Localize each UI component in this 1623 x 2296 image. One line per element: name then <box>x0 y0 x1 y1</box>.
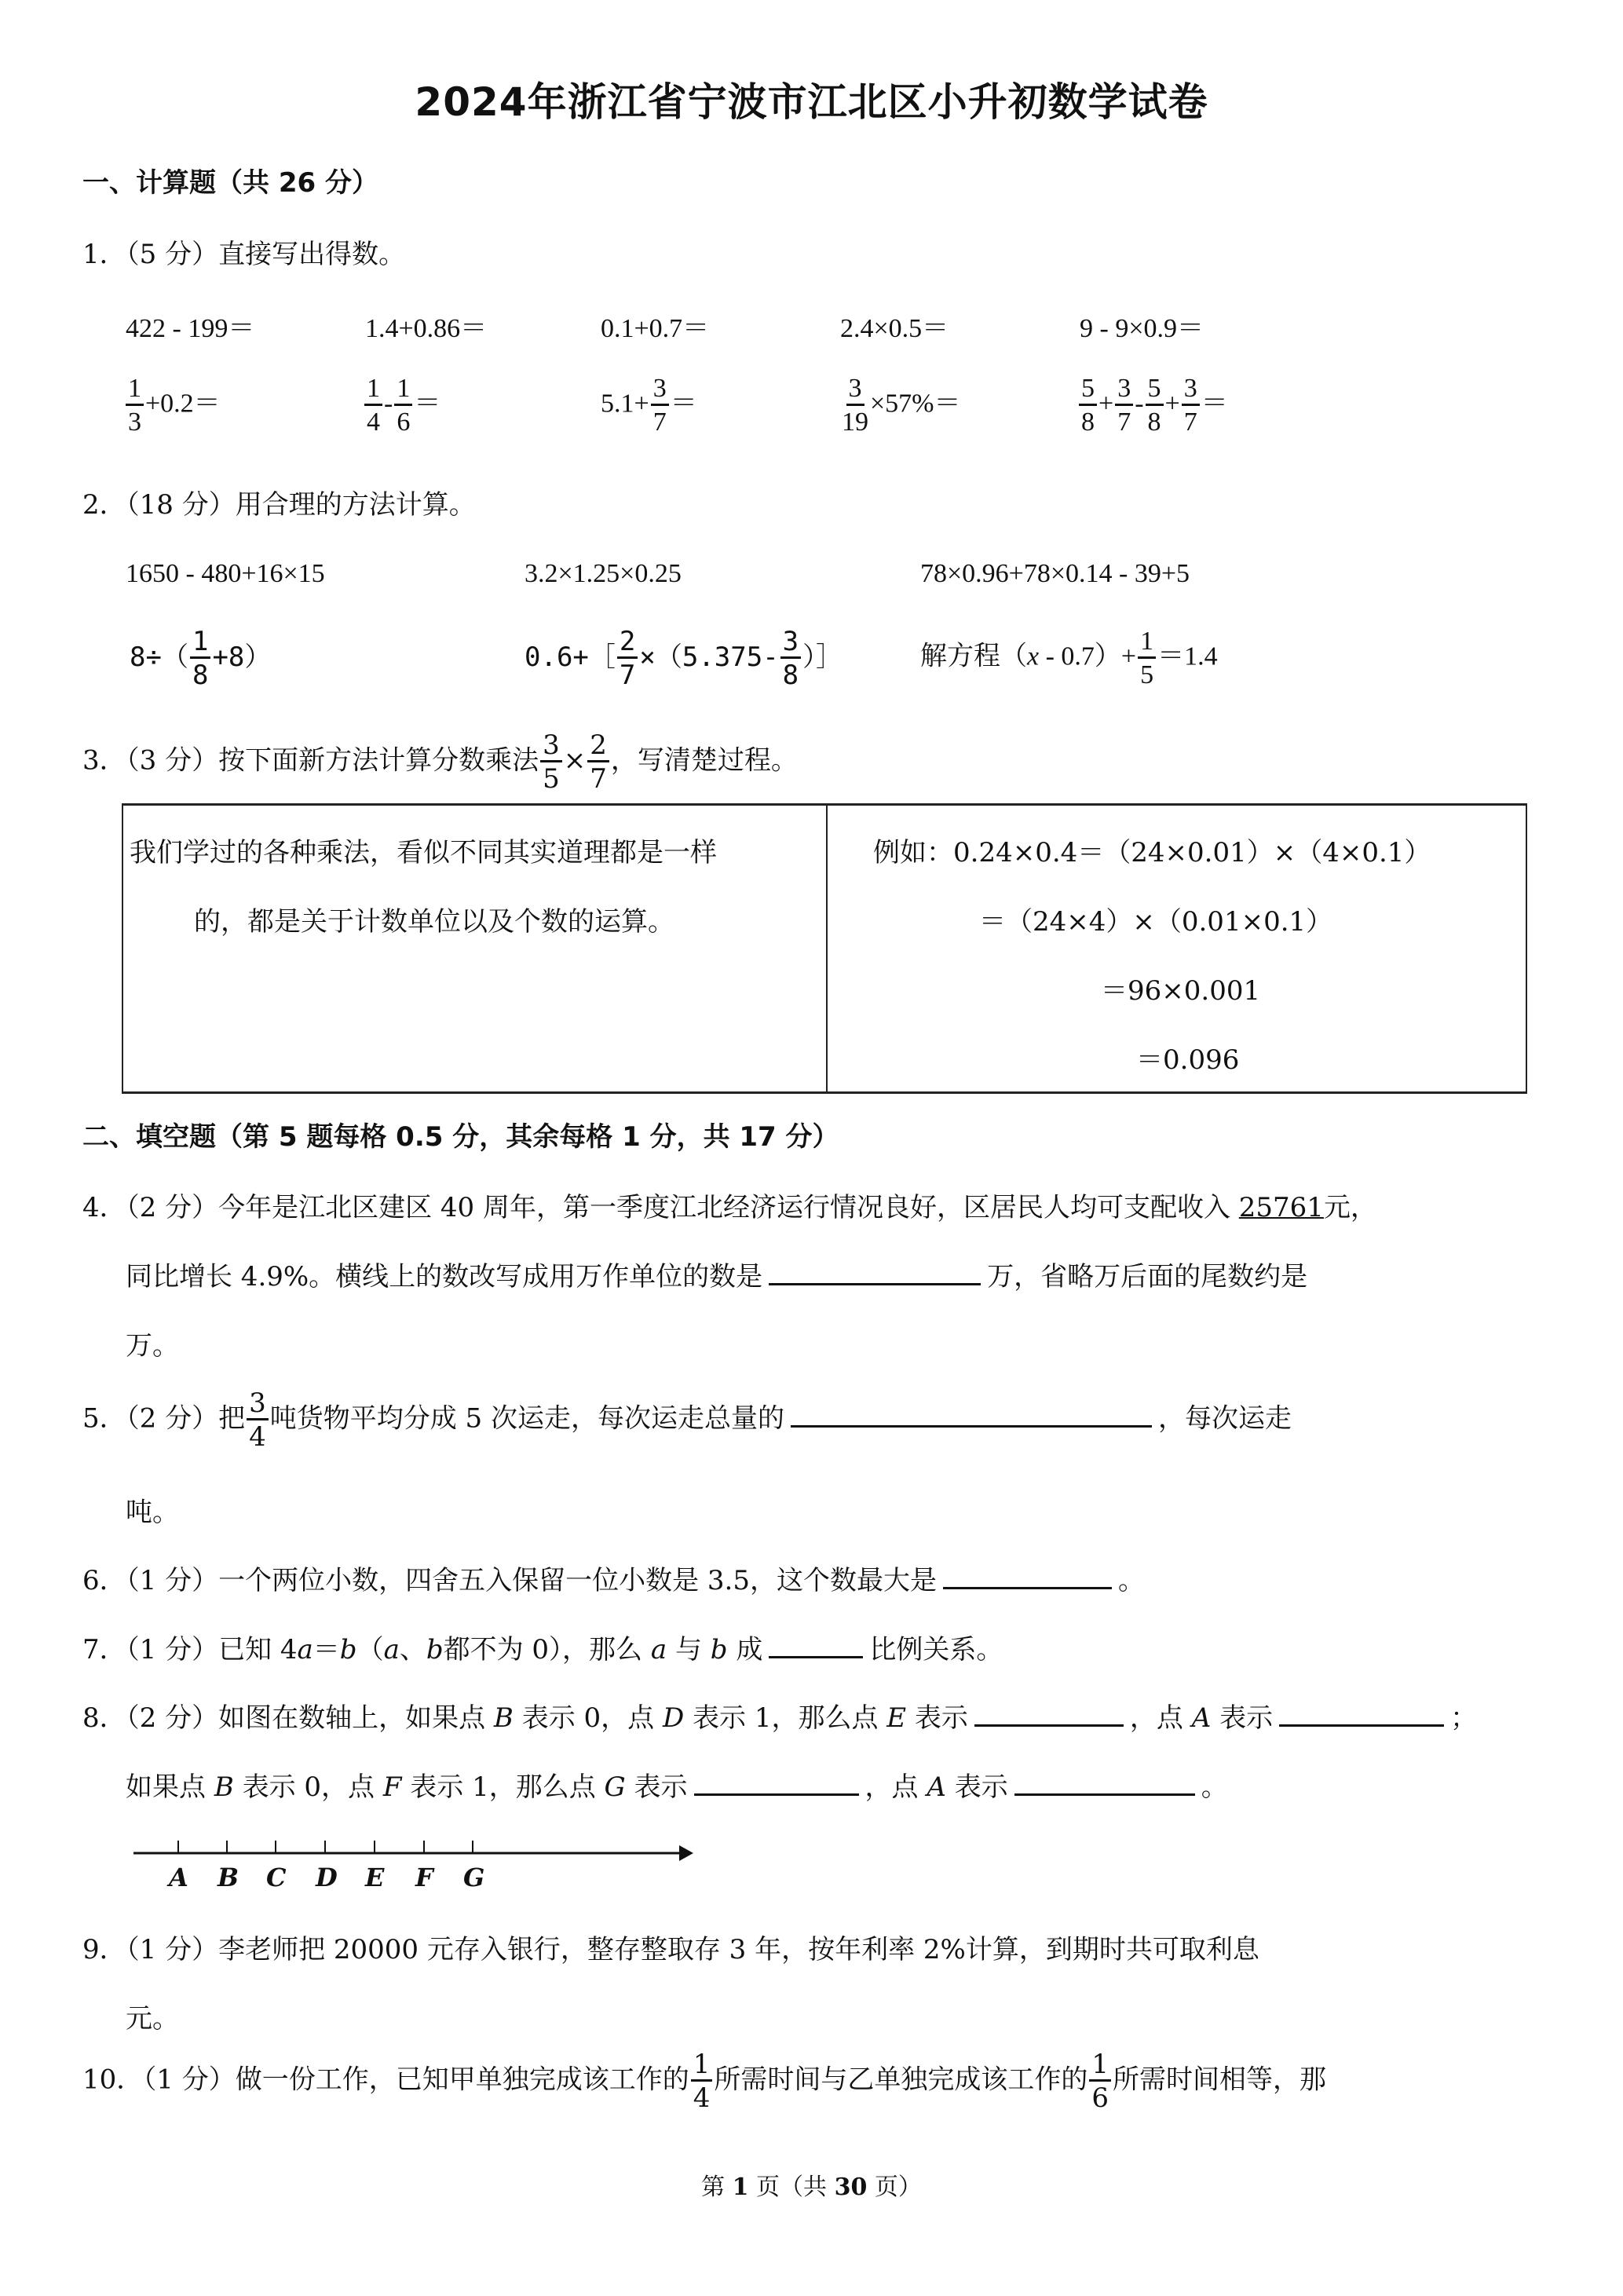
question-4-line-2: 同比增长 4.9%。横线上的数改写成用万作单位的数是万，省略万后面的尾数约是 <box>126 1255 1307 1293</box>
q1-expr-1: 422 - 199＝ <box>126 306 254 345</box>
answer-blank[interactable] <box>974 1701 1124 1727</box>
table-right-line-1: 例如：0.24×0.4＝（24×0.01）×（4×0.1） <box>873 831 1431 869</box>
fraction: 35 <box>540 732 562 792</box>
answer-blank[interactable] <box>791 1402 1152 1428</box>
answer-blank[interactable] <box>1014 1770 1195 1796</box>
fraction: 18 <box>190 628 210 689</box>
question-6: 6．（1 分）一个两位小数，四舍五入保留一位小数是 3.5，这个数最大是。 <box>82 1559 1145 1597</box>
underlined-number: 25761 <box>1239 1192 1324 1223</box>
question-4-line-1: 4．（2 分）今年是江北区建区 40 周年，第一季度江北经济运行情况良好，区居民… <box>82 1186 1377 1224</box>
answer-blank[interactable] <box>769 1260 981 1285</box>
question-7: 7．（1 分）已知 4a＝b（a、b都不为 0），那么 a 与 b 成比例关系。 <box>82 1628 1003 1666</box>
answer-blank[interactable] <box>943 1563 1112 1589</box>
point-label-b: B <box>217 1863 239 1892</box>
question-8-line-1: 8．（2 分）如图在数轴上，如果点 B 表示 0，点 D 表示 1，那么点 E … <box>82 1696 1477 1735</box>
question-1-stem: 1．（5 分）直接写出得数。 <box>82 232 405 271</box>
table-divider <box>826 806 828 1091</box>
question-2-stem: 2．（18 分）用合理的方法计算。 <box>82 483 476 521</box>
point-label-a: A <box>169 1863 188 1892</box>
table-left-line-1: 我们学过的各种乘法，看似不同其实道理都是一样 <box>130 831 717 869</box>
table-right-line-2: ＝（24×4）×（0.01×0.1） <box>979 900 1332 938</box>
fraction: 16 <box>1089 2051 1111 2111</box>
fraction: 38 <box>780 628 801 689</box>
section-heading-calculation: 一、计算题（共 26 分） <box>82 161 378 199</box>
current-page: 1 <box>733 2174 749 2201</box>
fraction: 14 <box>691 2051 713 2111</box>
fraction: 37 <box>1182 375 1200 436</box>
point-label-g: G <box>463 1863 484 1892</box>
fraction: 58 <box>1146 375 1164 436</box>
page-title: 2024年浙江省宁波市江北区小升初数学试卷 <box>0 71 1623 127</box>
fraction: 15 <box>1138 628 1156 689</box>
point-label-f: F <box>415 1863 433 1892</box>
fraction: 319 <box>842 375 868 436</box>
point-label-c: C <box>266 1863 286 1892</box>
total-pages: 30 <box>835 2174 868 2201</box>
question-5-line-2: 吨。 <box>126 1490 179 1529</box>
q2-expr-2: 3.2×1.25×0.25 <box>525 559 682 589</box>
fraction: 27 <box>617 628 638 689</box>
q1-expr-6: 13+0.2＝ <box>124 375 221 436</box>
method-table: 我们学过的各种乘法，看似不同其实道理都是一样 的，都是关于计数单位以及个数的运算… <box>122 803 1527 1094</box>
answer-blank[interactable] <box>1279 1701 1444 1727</box>
question-9-line-2: 元。 <box>126 1997 179 2035</box>
answer-blank[interactable] <box>694 1770 859 1796</box>
point-label-e: E <box>365 1863 384 1892</box>
question-5-line-1: 5．（2 分）把34吨货物平均分成 5 次运走，每次运走总量的，每次运走 <box>82 1390 1292 1450</box>
q1-expr-2: 1.4+0.86＝ <box>365 306 487 345</box>
fraction: 27 <box>587 732 609 792</box>
q1-expr-4: 2.4×0.5＝ <box>840 306 949 345</box>
number-line-axis <box>130 1830 695 1900</box>
fraction: 13 <box>126 375 144 436</box>
q1-expr-7: 14-16＝ <box>363 375 440 436</box>
q2-expr-5: 0.6+［27×（5.375-38）］ <box>525 628 843 689</box>
answer-blank[interactable] <box>769 1632 863 1658</box>
table-left-line-2: 的，都是关于计数单位以及个数的运算。 <box>194 900 674 938</box>
q2-expr-1: 1650 - 480+16×15 <box>126 559 325 589</box>
fraction: 37 <box>1115 375 1133 436</box>
q1-expr-10: 58+37-58+37＝ <box>1077 375 1228 436</box>
fraction: 14 <box>364 375 382 436</box>
section-heading-fill-in: 二、填空题（第 5 题每格 0.5 分，其余每格 1 分，共 17 分） <box>82 1115 839 1153</box>
question-8-line-2: 如果点 B 表示 0，点 F 表示 1，那么点 G 表示，点 A 表示。 <box>126 1765 1228 1804</box>
question-4-line-3: 万。 <box>126 1324 179 1362</box>
fraction: 58 <box>1079 375 1097 436</box>
table-right-line-3: ＝96×0.001 <box>1101 969 1260 1007</box>
q1-expr-9: 319×57%＝ <box>840 375 961 436</box>
q1-expr-3: 0.1+0.7＝ <box>601 306 709 345</box>
q2-expr-4: 8÷（18+8） <box>130 628 271 689</box>
fraction: 37 <box>651 375 669 436</box>
q2-expr-3: 78×0.96+78×0.14 - 39+5 <box>920 559 1190 589</box>
table-right-line-4: ＝0.096 <box>1136 1038 1239 1077</box>
question-3-stem: 3．（3 分）按下面新方法计算分数乘法35×27，写清楚过程。 <box>82 732 798 792</box>
question-10-line-1: 10．（1 分）做一份工作，已知甲单独完成该工作的14所需时间与乙单独完成该工作… <box>82 2051 1326 2111</box>
page-footer: 第 1 页（共 30 页） <box>0 2167 1623 2202</box>
q2-equation: 解方程（x - 0.7）+15＝1.4 <box>920 628 1218 689</box>
fraction: 16 <box>394 375 412 436</box>
fraction: 34 <box>247 1390 269 1450</box>
question-9-line-1: 9．（1 分）李老师把 20000 元存入银行，整存整取存 3 年，按年利率 2… <box>82 1928 1259 1966</box>
point-label-d: D <box>316 1863 338 1892</box>
q1-expr-5: 9 - 9×0.9＝ <box>1080 306 1204 345</box>
number-line-figure: A B C D E F G <box>130 1830 695 1903</box>
q1-expr-8: 5.1+37＝ <box>601 375 697 436</box>
